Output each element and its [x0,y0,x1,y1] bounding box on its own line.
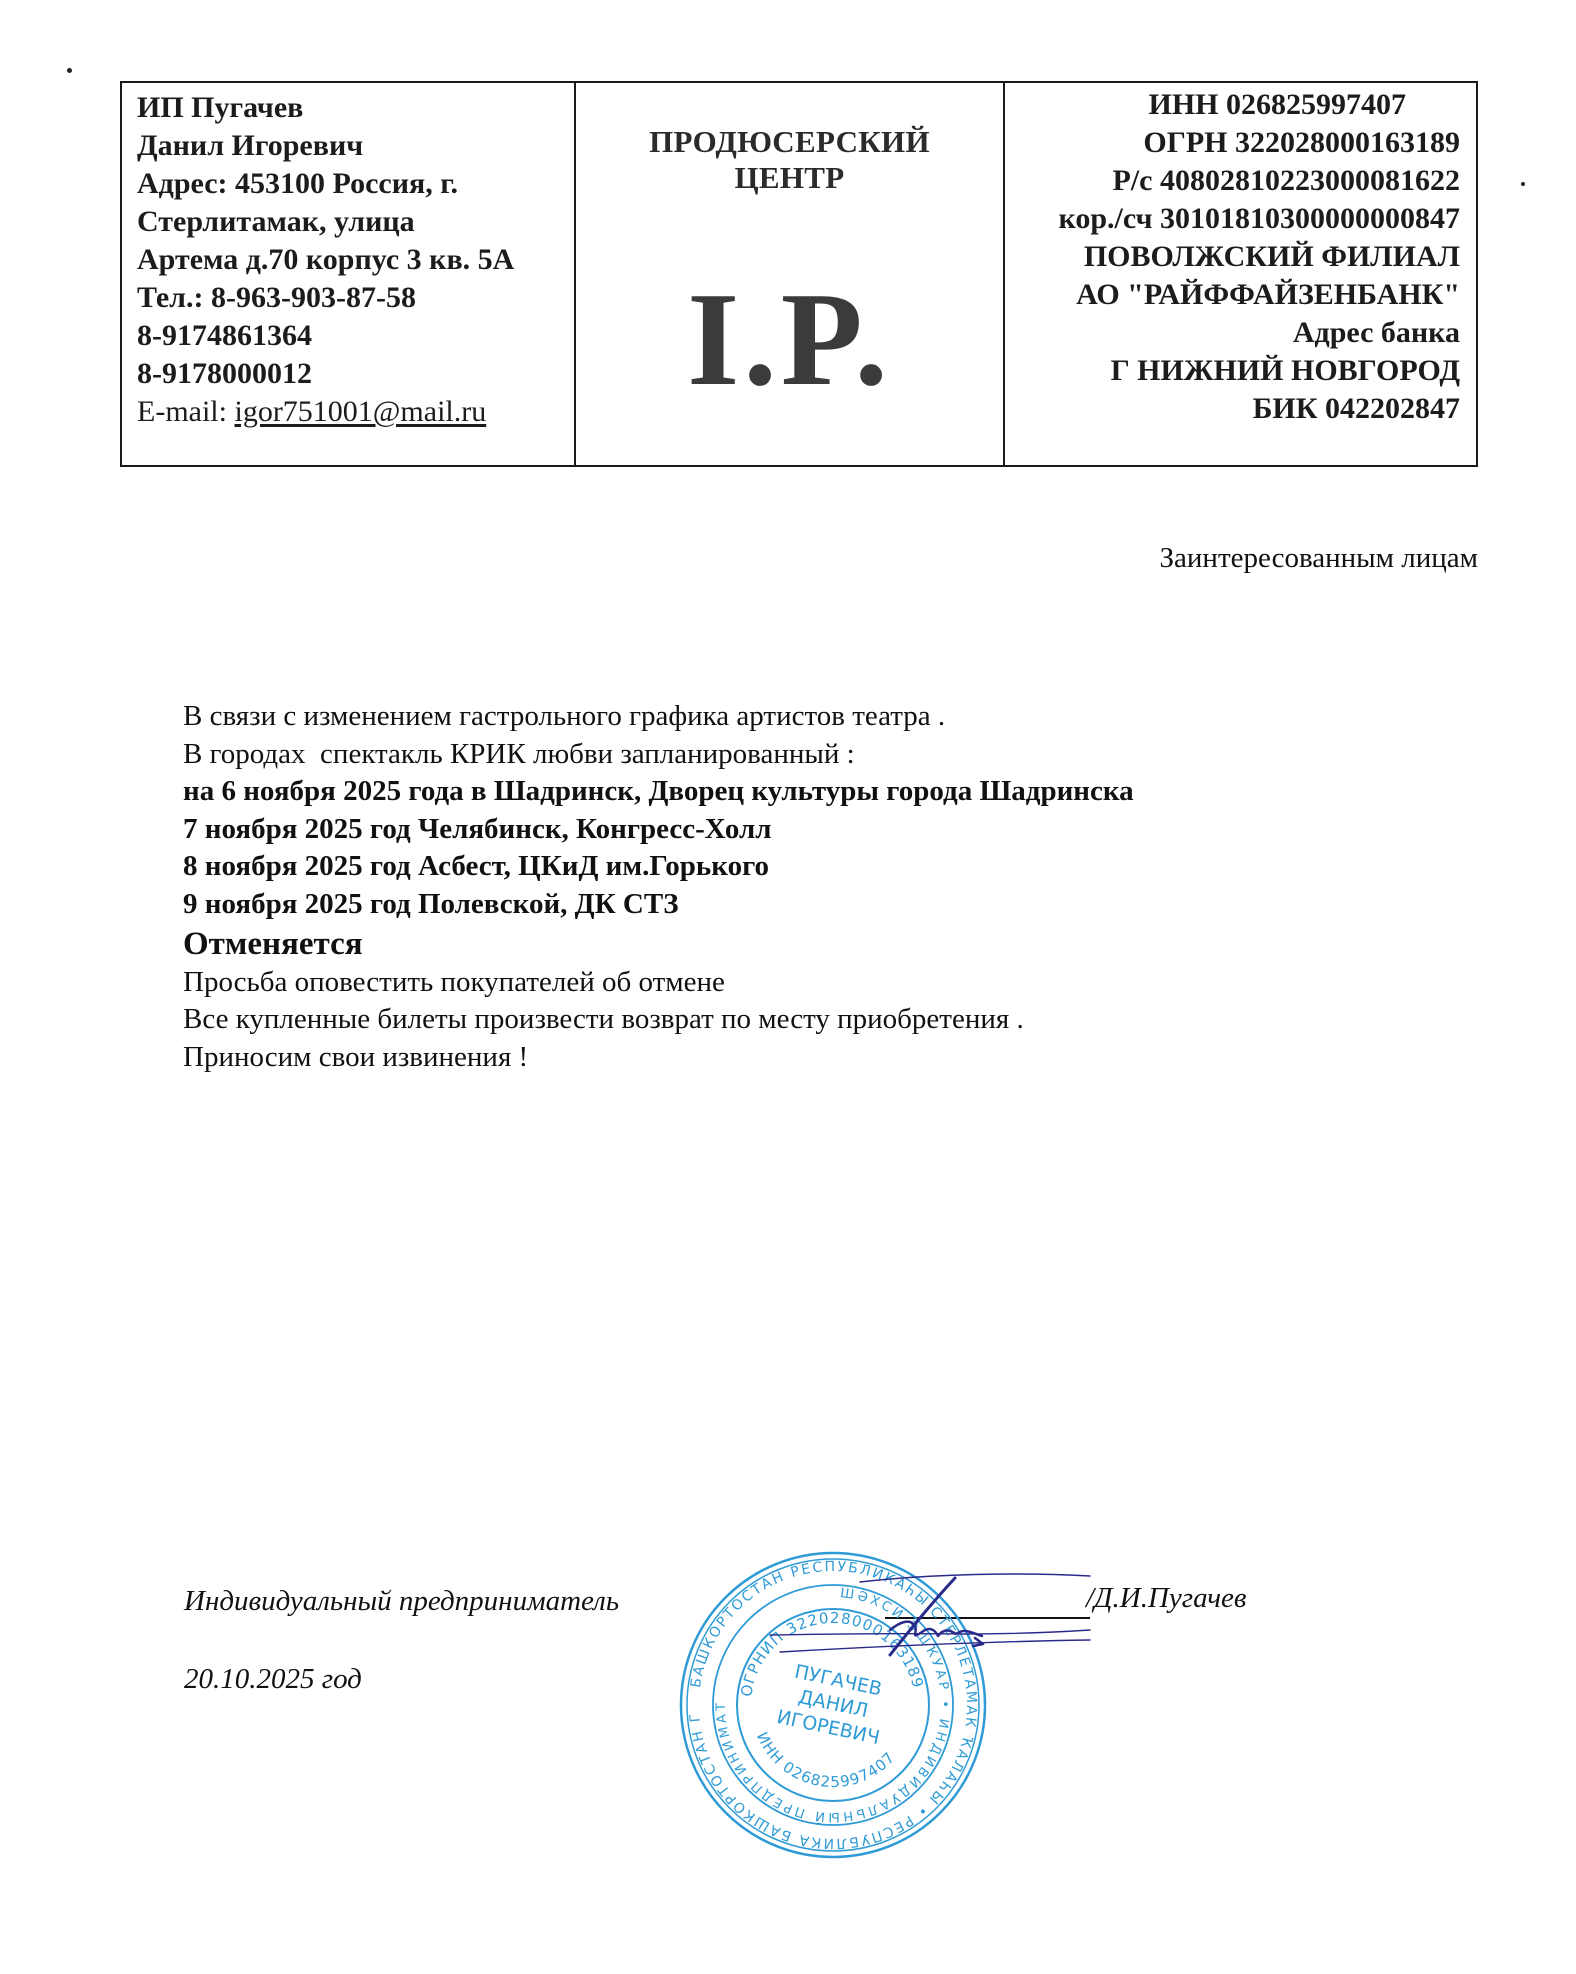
body-intro-line: В связи с изменением гастрольного график… [183,698,1134,736]
letter-date: 20.10.2025 год [184,1661,362,1697]
email-label: E-mail: [137,395,234,428]
closing-line: Просьба оповестить покупателей об отмене [183,964,1134,1002]
body-intro-line: В городах спектакль КРИК любви запланиро… [183,736,1134,774]
sender-line: Стерлитамак, улица [137,203,574,241]
sender-line: Адрес: 453100 Россия, г. [137,165,574,203]
bank-address-label: Адрес банка [1005,314,1460,352]
email-link[interactable]: igor751001@mail.ru [234,395,486,428]
bank-address: Г НИЖНИЙ НОВГОРОД [1005,352,1460,390]
bank-name-line: АО "РАЙФФАЙЗЕНБАНК" [1005,276,1460,314]
bank-name-line: ПОВОЛЖСКИЙ ФИЛИАЛ [1005,238,1460,276]
bank-details: ИНН 026825997407 ОГРН 322028000163189 Р/… [1005,83,1476,465]
scan-speck [1521,182,1525,186]
sender-line: ИП Пугачев [137,89,574,127]
addressee: Заинтересованным лицам [1160,540,1479,576]
event-line: 9 ноября 2025 год Полевской, ДК СТЗ [183,886,1134,924]
sender-email-row: E-mail: igor751001@mail.ru [137,393,574,431]
account-line: Р/с 40802810223000081622 [1005,162,1460,200]
letter-body: В связи с изменением гастрольного график… [183,698,1134,1076]
event-line: 8 ноября 2025 год Асбест, ЦКиД им.Горько… [183,848,1134,886]
signatory-role: Индивидуальный предприниматель [184,1583,619,1619]
sender-phone: 8-9178000012 [137,355,574,393]
corr-account-line: кор./сч 30101810300000000847 [1005,200,1460,238]
company-title-line: ПРОДЮСЕРСКИЙ [576,124,1003,160]
cancellation-status: Отменяется [183,924,1134,964]
company-title: ПРОДЮСЕРСКИЙ ЦЕНТР [576,124,1003,196]
scan-speck [67,68,72,73]
event-line: 7 ноября 2025 год Челябинск, Конгресс-Хо… [183,811,1134,849]
bik-line: БИК 042202847 [1005,390,1460,428]
signatory-name: /Д.И.Пугачев [1086,1580,1247,1616]
handwritten-signature-icon [760,1560,1100,1670]
sender-line: Данил Игоревич [137,127,574,165]
closing-line: Приносим свои извинения ! [183,1039,1134,1077]
company-logo-block: ПРОДЮСЕРСКИЙ ЦЕНТР I.P. [576,83,1005,465]
letterhead-table: ИП Пугачев Данил Игоревич Адрес: 453100 … [120,81,1478,467]
sender-line: Артема д.70 корпус 3 кв. 5А [137,241,574,279]
sender-phone: 8-9174861364 [137,317,574,355]
closing-line: Все купленные билеты произвести возврат … [183,1001,1134,1039]
inn-line: ИНН 026825997407 [1005,86,1460,124]
company-logo: I.P. [576,269,1003,409]
ogrn-line: ОГРН 322028000163189 [1005,124,1460,162]
event-line: на 6 ноября 2025 года в Шадринск, Дворец… [183,773,1134,811]
sender-phone: Тел.: 8-963-903-87-58 [137,279,574,317]
company-title-line: ЦЕНТР [576,160,1003,196]
sender-details: ИП Пугачев Данил Игоревич Адрес: 453100 … [122,83,576,465]
